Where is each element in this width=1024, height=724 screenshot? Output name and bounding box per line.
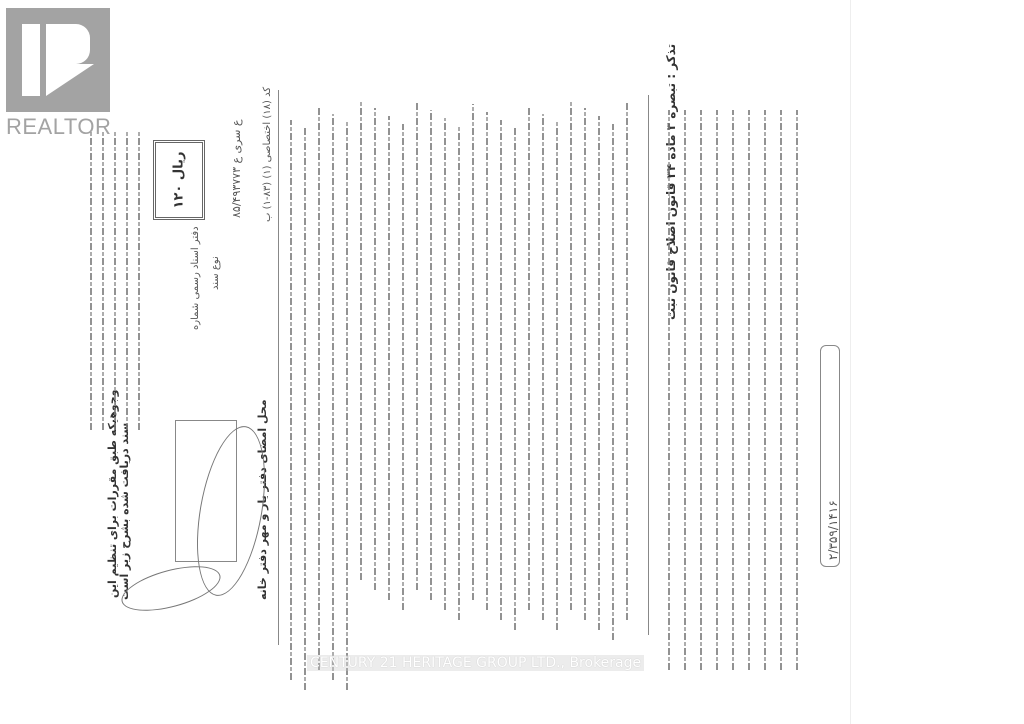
handwriting-line (332, 114, 334, 680)
deed-scan-page: REALTOR ۱۲۰ ریال ۸۵/ع سری ع ۴۹۳۷۷۳ کد (۱… (0, 0, 1024, 724)
realtor-wordmark: REALTOR (6, 114, 111, 140)
handwriting-line (796, 110, 798, 670)
serial-number: ۸۵/ع سری ع ۴۹۳۷۷۳ (230, 120, 243, 219)
handwriting-line (514, 128, 516, 630)
brokerage-caption: CENTURY 21 HERITAGE GROUP LTD., Brokerag… (307, 655, 644, 671)
handwriting-line (612, 124, 614, 640)
handwriting-line (626, 102, 628, 620)
handwriting-line (318, 106, 320, 670)
handwriting-line (570, 100, 572, 610)
form-code: کد (۱۸) اختصاصی (۱) (۸۳-۱) ب (262, 87, 273, 222)
handwriting-line (528, 106, 530, 610)
fees-subheader: سند دریافت شده بشرح زیر است (118, 423, 131, 600)
bottom-box (820, 345, 840, 567)
handwriting-line (90, 130, 92, 430)
realtor-logo-icon (6, 8, 110, 112)
divider (278, 90, 279, 645)
handwriting-line (138, 130, 140, 430)
handwriting-line (114, 130, 116, 430)
doc-type-label: نوع سند (210, 256, 221, 290)
handwriting-line (584, 108, 586, 620)
handwriting-line (360, 100, 362, 580)
scan-edge (850, 0, 851, 724)
revenue-stamp: ۱۲۰ ریال (153, 140, 205, 220)
handwriting-line (748, 110, 750, 670)
handwriting-line (598, 116, 600, 630)
handwriting-line (716, 110, 718, 670)
office-label: دفتر اسناد رسمی شماره (190, 226, 201, 330)
handwriting-line (458, 126, 460, 620)
handwriting-line (102, 130, 104, 430)
handwriting-line (126, 130, 128, 430)
handwriting-line (700, 110, 702, 670)
handwriting-line (472, 104, 474, 600)
handwriting-line (732, 110, 734, 670)
handwriting-line (444, 118, 446, 610)
handwriting-line (684, 110, 686, 670)
handwriting-line (374, 108, 376, 590)
handwriting-line (290, 120, 292, 680)
handwriting-line (346, 122, 348, 690)
handwriting-line (500, 120, 502, 620)
handwriting-line (542, 114, 544, 620)
signature (117, 557, 225, 619)
notice-title: تذکر : تبصره ۳ ماده ۳۴ قانون اصلاح قانون… (664, 44, 678, 320)
handwriting-line (304, 128, 306, 690)
handwriting-line (402, 124, 404, 610)
handwriting-line (556, 122, 558, 630)
handwriting-line (416, 102, 418, 590)
handwriting-line (764, 110, 766, 670)
handwriting-line (780, 110, 782, 670)
handwriting-line (430, 110, 432, 600)
handwriting-line (668, 110, 670, 670)
handwriting-line (486, 112, 488, 610)
handwriting-line (388, 116, 390, 600)
divider (648, 95, 649, 635)
